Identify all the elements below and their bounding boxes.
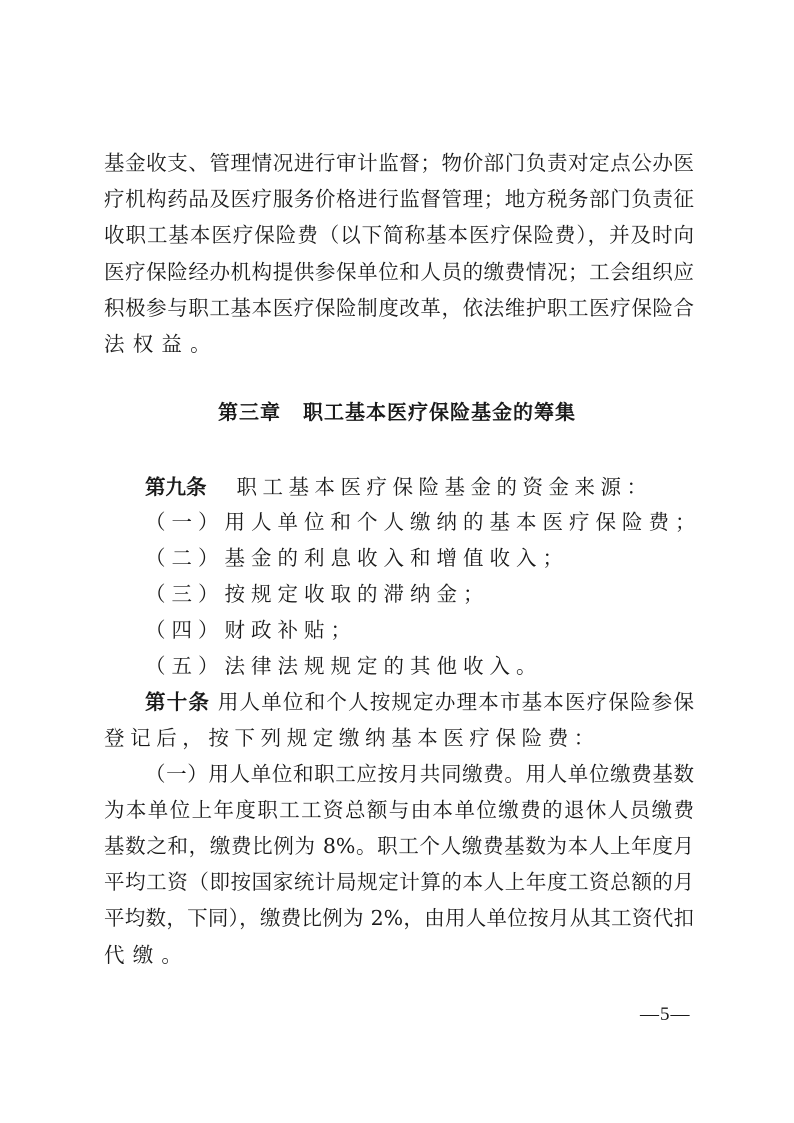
- paragraph-line: 积极参与职工基本医疗保险制度改革，依法维护职工医疗保险合: [104, 293, 694, 323]
- article-10-item-line: 为本单位上年度职工工资总额与由本单位缴费的退休人员缴费: [104, 795, 694, 825]
- article-9-item: （三）按规定收取的滞纳金；: [145, 579, 735, 609]
- article-9-item: （五）法律法规规定的其他收入。: [145, 651, 735, 681]
- article-9-item: （一）用人单位和个人缴纳的基本医疗保险费；: [145, 507, 735, 537]
- chapter-number: 第三章: [218, 400, 281, 424]
- article-10-line: 登记后，按下列规定缴纳基本医疗保险费：: [104, 723, 694, 753]
- paragraph-line: 收职工基本医疗保险费（以下简称基本医疗保险费），并及时向: [104, 220, 694, 250]
- chapter-title: 职工基本医疗保险基金的筹集: [303, 400, 576, 424]
- article-9-label: 第九条: [145, 475, 207, 499]
- article-10-header: 第十条 用人单位和个人按规定办理本市基本医疗保险参保: [145, 687, 694, 717]
- article-9-item: （四）财政补贴；: [145, 615, 735, 645]
- page-number: —5—: [640, 1002, 691, 1028]
- article-10-label: 第十条: [145, 690, 210, 714]
- paragraph-line: 法权益。: [104, 329, 694, 359]
- article-10-text: 用人单位和个人按规定办理本市基本医疗保险参保: [218, 690, 694, 714]
- paragraph-line: 基金收支、管理情况进行审计监督；物价部门负责对定点公办医: [104, 148, 694, 178]
- paragraph-line: 医疗保险经办机构提供参保单位和人员的缴费情况；工会组织应: [104, 257, 694, 287]
- article-10-item-line: 代缴。: [104, 940, 694, 970]
- document-page: 基金收支、管理情况进行审计监督；物价部门负责对定点公办医 疗机构药品及医疗服务价…: [0, 0, 794, 1123]
- article-9-text: 职工基本医疗保险基金的资金来源：: [237, 475, 653, 499]
- article-10-item-line: 平均工资（即按国家统计局规定计算的本人上年度工资总额的月: [104, 867, 694, 897]
- paragraph-line: 疗机构药品及医疗服务价格进行监督管理；地方税务部门负责征: [104, 184, 694, 214]
- article-9-item: （二）基金的利息收入和增值收入；: [145, 543, 735, 573]
- chapter-heading: 第三章职工基本医疗保险基金的筹集: [0, 397, 794, 427]
- article-9-header: 第九条职工基本医疗保险基金的资金来源：: [145, 472, 735, 502]
- article-10-item-line: 基数之和，缴费比例为 8%。职工个人缴费基数为本人上年度月: [104, 831, 694, 861]
- article-10-item-line: 平均数，下同），缴费比例为 2%，由用人单位按月从其工资代扣: [104, 903, 694, 933]
- article-10-item-line: （一）用人单位和职工应按月共同缴费。用人单位缴费基数: [145, 759, 694, 789]
